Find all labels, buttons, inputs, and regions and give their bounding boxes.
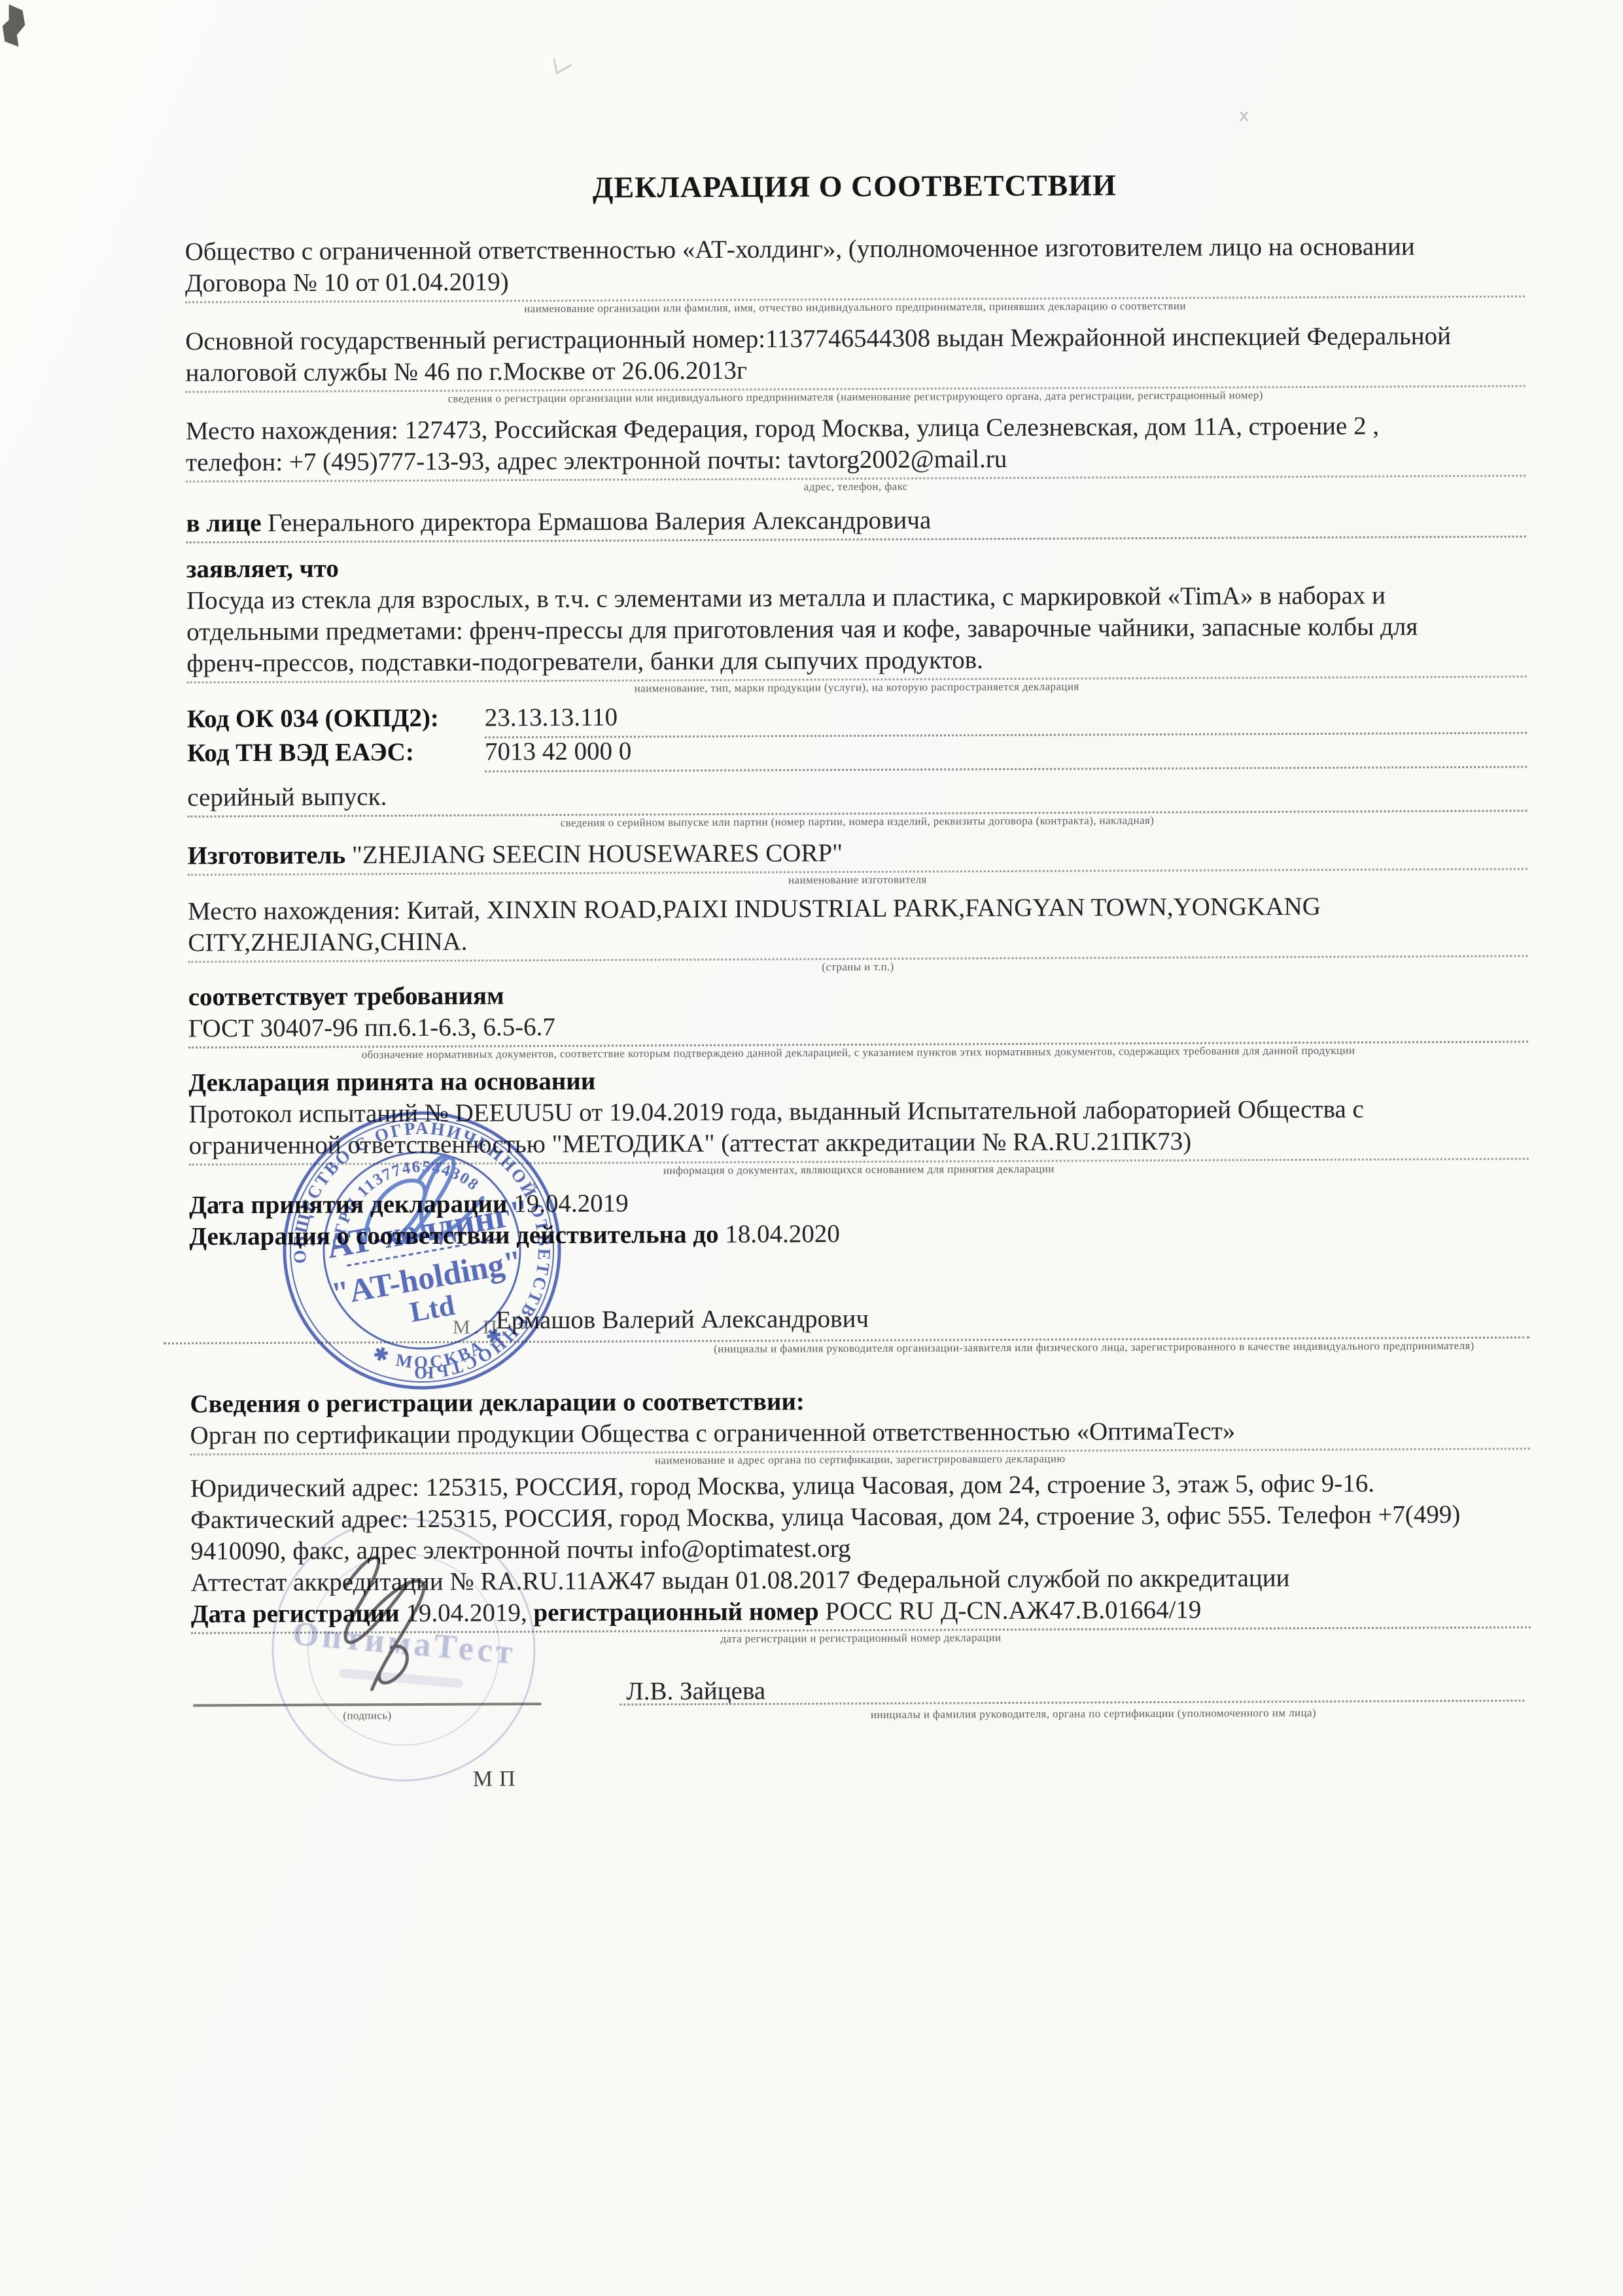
registrar-stamp-text: ОптимаТест (291, 1615, 517, 1672)
manufacturer-label: Изготовитель (188, 841, 352, 870)
declarant-block: Общество с ограниченной ответственностью… (185, 231, 1526, 317)
reg-number-value: РОСС RU Д-CN.АЖ47.В.01664/19 (825, 1596, 1201, 1626)
tnved-row: Код ТН ВЭД ЕАЭС: 7013 42 000 0 (187, 732, 1527, 772)
manufacturer-address-line2: CITY,ZHEJIANG,CHINA. (188, 922, 1527, 959)
serial-line: серийный выпуск. (187, 777, 1527, 814)
product-desc-line2: отдельными предметами: френч-прессы для … (186, 611, 1526, 648)
okpd2-label: Код ОК 034 (ОКПД2): (187, 702, 485, 735)
optimatest-stamp: ОптимаТест (251, 1497, 556, 1802)
reg-number-label: регистрационный номер (533, 1597, 825, 1627)
declarant-address-block: Место нахождения: 127473, Российская Фед… (186, 410, 1526, 497)
okpd2-row: Код ОК 034 (ОКПД2): 23.13.13.110 (187, 698, 1527, 738)
manufacturer-block: Изготовитель "ZHEJIANG SEECIN HOUSEWARES… (188, 835, 1527, 890)
product-block: Посуда из стекла для взрослых, в т.ч. с … (186, 580, 1527, 698)
scanned-declaration-page: x ДЕКЛАРАЦИЯ О СООТВЕТСТВИИ Общество с о… (0, 0, 1623, 2296)
meets-block: соответствует требованиям ГОСТ 30407-96 … (188, 976, 1529, 1063)
manufacturer-line: Изготовитель "ZHEJIANG SEECIN HOUSEWARES… (188, 835, 1527, 872)
at-holding-stamp: ОБЩЕСТВО С ОГРАНИЧЕННОЙ ОТВЕТСТВЕННОСТЬЮ… (251, 1080, 592, 1421)
registration-body-line: Орган по сертификации продукции Общества… (190, 1415, 1529, 1452)
stamp-center-ltd: Ltd (408, 1289, 457, 1328)
declarant-address-line1: Место нахождения: 127473, Российская Фед… (186, 410, 1526, 448)
declarant-name-line1: Общество с ограниченной ответственностью… (185, 231, 1525, 268)
ogrn-block: Основной государственный регистрационный… (185, 321, 1526, 407)
in-person-value: Генерального директора Ермашова Валерия … (268, 506, 931, 537)
stamp-place-label: МП (473, 1763, 1531, 1792)
serial-block: серийный выпуск. сведения о серийном вып… (187, 777, 1527, 832)
tnved-label: Код ТН ВЭД ЕАЭС: (187, 736, 485, 769)
declarant-name-line2: Договора № 10 от 01.04.2019) (185, 262, 1525, 300)
registrar-head-caption: инициалы и фамилия руководителя, органа … (662, 1706, 1524, 1723)
codes-block: Код ОК 034 (ОКПД2): 23.13.13.110 Код ТН … (187, 698, 1527, 772)
ogrn-line1: Основной государственный регистрационный… (185, 321, 1525, 358)
scan-artifact-corner (0, 4, 27, 47)
scan-artifact-x: x (1239, 106, 1249, 126)
valid-until-value: 18.04.2020 (725, 1220, 840, 1248)
manufacturer-value: "ZHEJIANG SEECIN HOUSEWARES CORP" (352, 839, 843, 869)
declarant-address-line2: телефон: +7 (495)777-13-93, адрес электр… (186, 442, 1526, 479)
ogrn-line2: налоговой службы № 46 по г.Москве от 26.… (185, 352, 1525, 389)
standards-line: ГОСТ 30407-96 пп.6.1-6.3, 6.5-6.7 (188, 1008, 1528, 1045)
in-person-block: в лице Генерального директора Ермашова В… (186, 503, 1526, 544)
tnved-value: 7013 42 000 0 (485, 732, 1527, 773)
manufacturer-address-block: Место нахождения: Китай, XINXIN ROAD,PAI… (188, 891, 1528, 977)
in-person-label: в лице (186, 509, 268, 538)
product-desc-line3: френч-прессов, подставки-подогреватели, … (186, 643, 1526, 680)
page-title: ДЕКЛАРАЦИЯ О СООТВЕТСТВИИ (184, 166, 1524, 207)
in-person-line: в лице Генерального директора Ермашова В… (186, 503, 1526, 540)
